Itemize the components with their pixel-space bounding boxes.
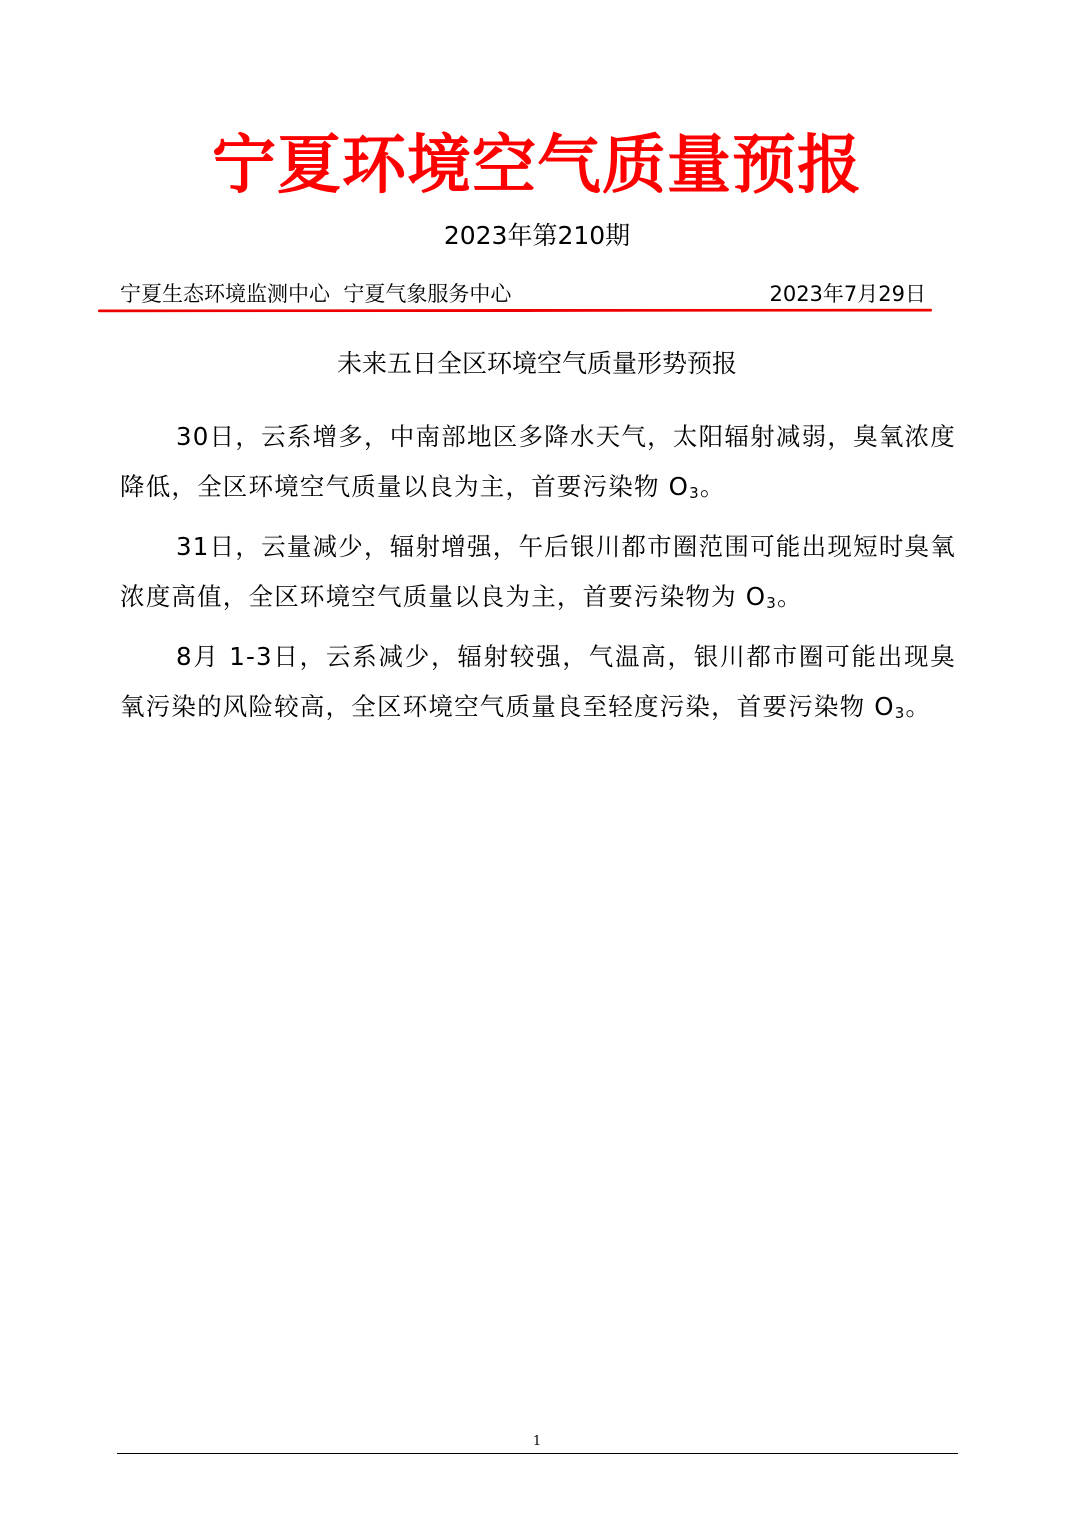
paragraph-end: 。 [700, 472, 726, 501]
publication-date: 2023年7月29日 [769, 277, 926, 311]
red-divider-rule [98, 309, 932, 313]
paragraph-text: 31日，云量减少，辐射增强，午后银川都市圈范围可能出现短时臭氧浓度高值，全区环境… [120, 532, 956, 611]
footer-divider-rule [117, 1453, 958, 1454]
subscript-3: 3 [689, 484, 700, 502]
publisher-names: 宁夏生态环境监测中心 宁夏气象服务中心 [120, 277, 511, 311]
subscript-3: 3 [895, 704, 906, 722]
page-number: 1 [0, 1433, 1074, 1451]
paragraph-text: 30日，云系增多，中南部地区多降水天气，太阳辐射减弱，臭氧浓度降低，全区环境空气… [120, 422, 956, 501]
publisher-row: 宁夏生态环境监测中心 宁夏气象服务中心 2023年7月29日 [120, 277, 926, 311]
forecast-paragraph-aug-1-3: 8月 1-3日，云系减少，辐射较强，气温高，银川都市圈可能出现臭氧污染的风险较高… [120, 632, 956, 732]
document-page: 宁夏环境空气质量预报 2023年第210期 宁夏生态环境监测中心 宁夏气象服务中… [0, 0, 1074, 1520]
masthead-title: 宁夏环境空气质量预报 [0, 126, 1074, 206]
subscript-3: 3 [766, 594, 777, 612]
paragraph-end: 。 [906, 692, 932, 721]
paragraph-text: 8月 1-3日，云系减少，辐射较强，气温高，银川都市圈可能出现臭氧污染的风险较高… [120, 642, 956, 721]
section-heading: 未来五日全区环境空气质量形势预报 [0, 345, 1074, 383]
forecast-body: 30日，云系增多，中南部地区多降水天气，太阳辐射减弱，臭氧浓度降低，全区环境空气… [120, 412, 956, 742]
paragraph-end: 。 [777, 582, 803, 611]
forecast-paragraph-day-30: 30日，云系增多，中南部地区多降水天气，太阳辐射减弱，臭氧浓度降低，全区环境空气… [120, 412, 956, 512]
forecast-paragraph-day-31: 31日，云量减少，辐射增强，午后银川都市圈范围可能出现短时臭氧浓度高值，全区环境… [120, 522, 956, 622]
issue-number: 2023年第210期 [0, 218, 1074, 254]
